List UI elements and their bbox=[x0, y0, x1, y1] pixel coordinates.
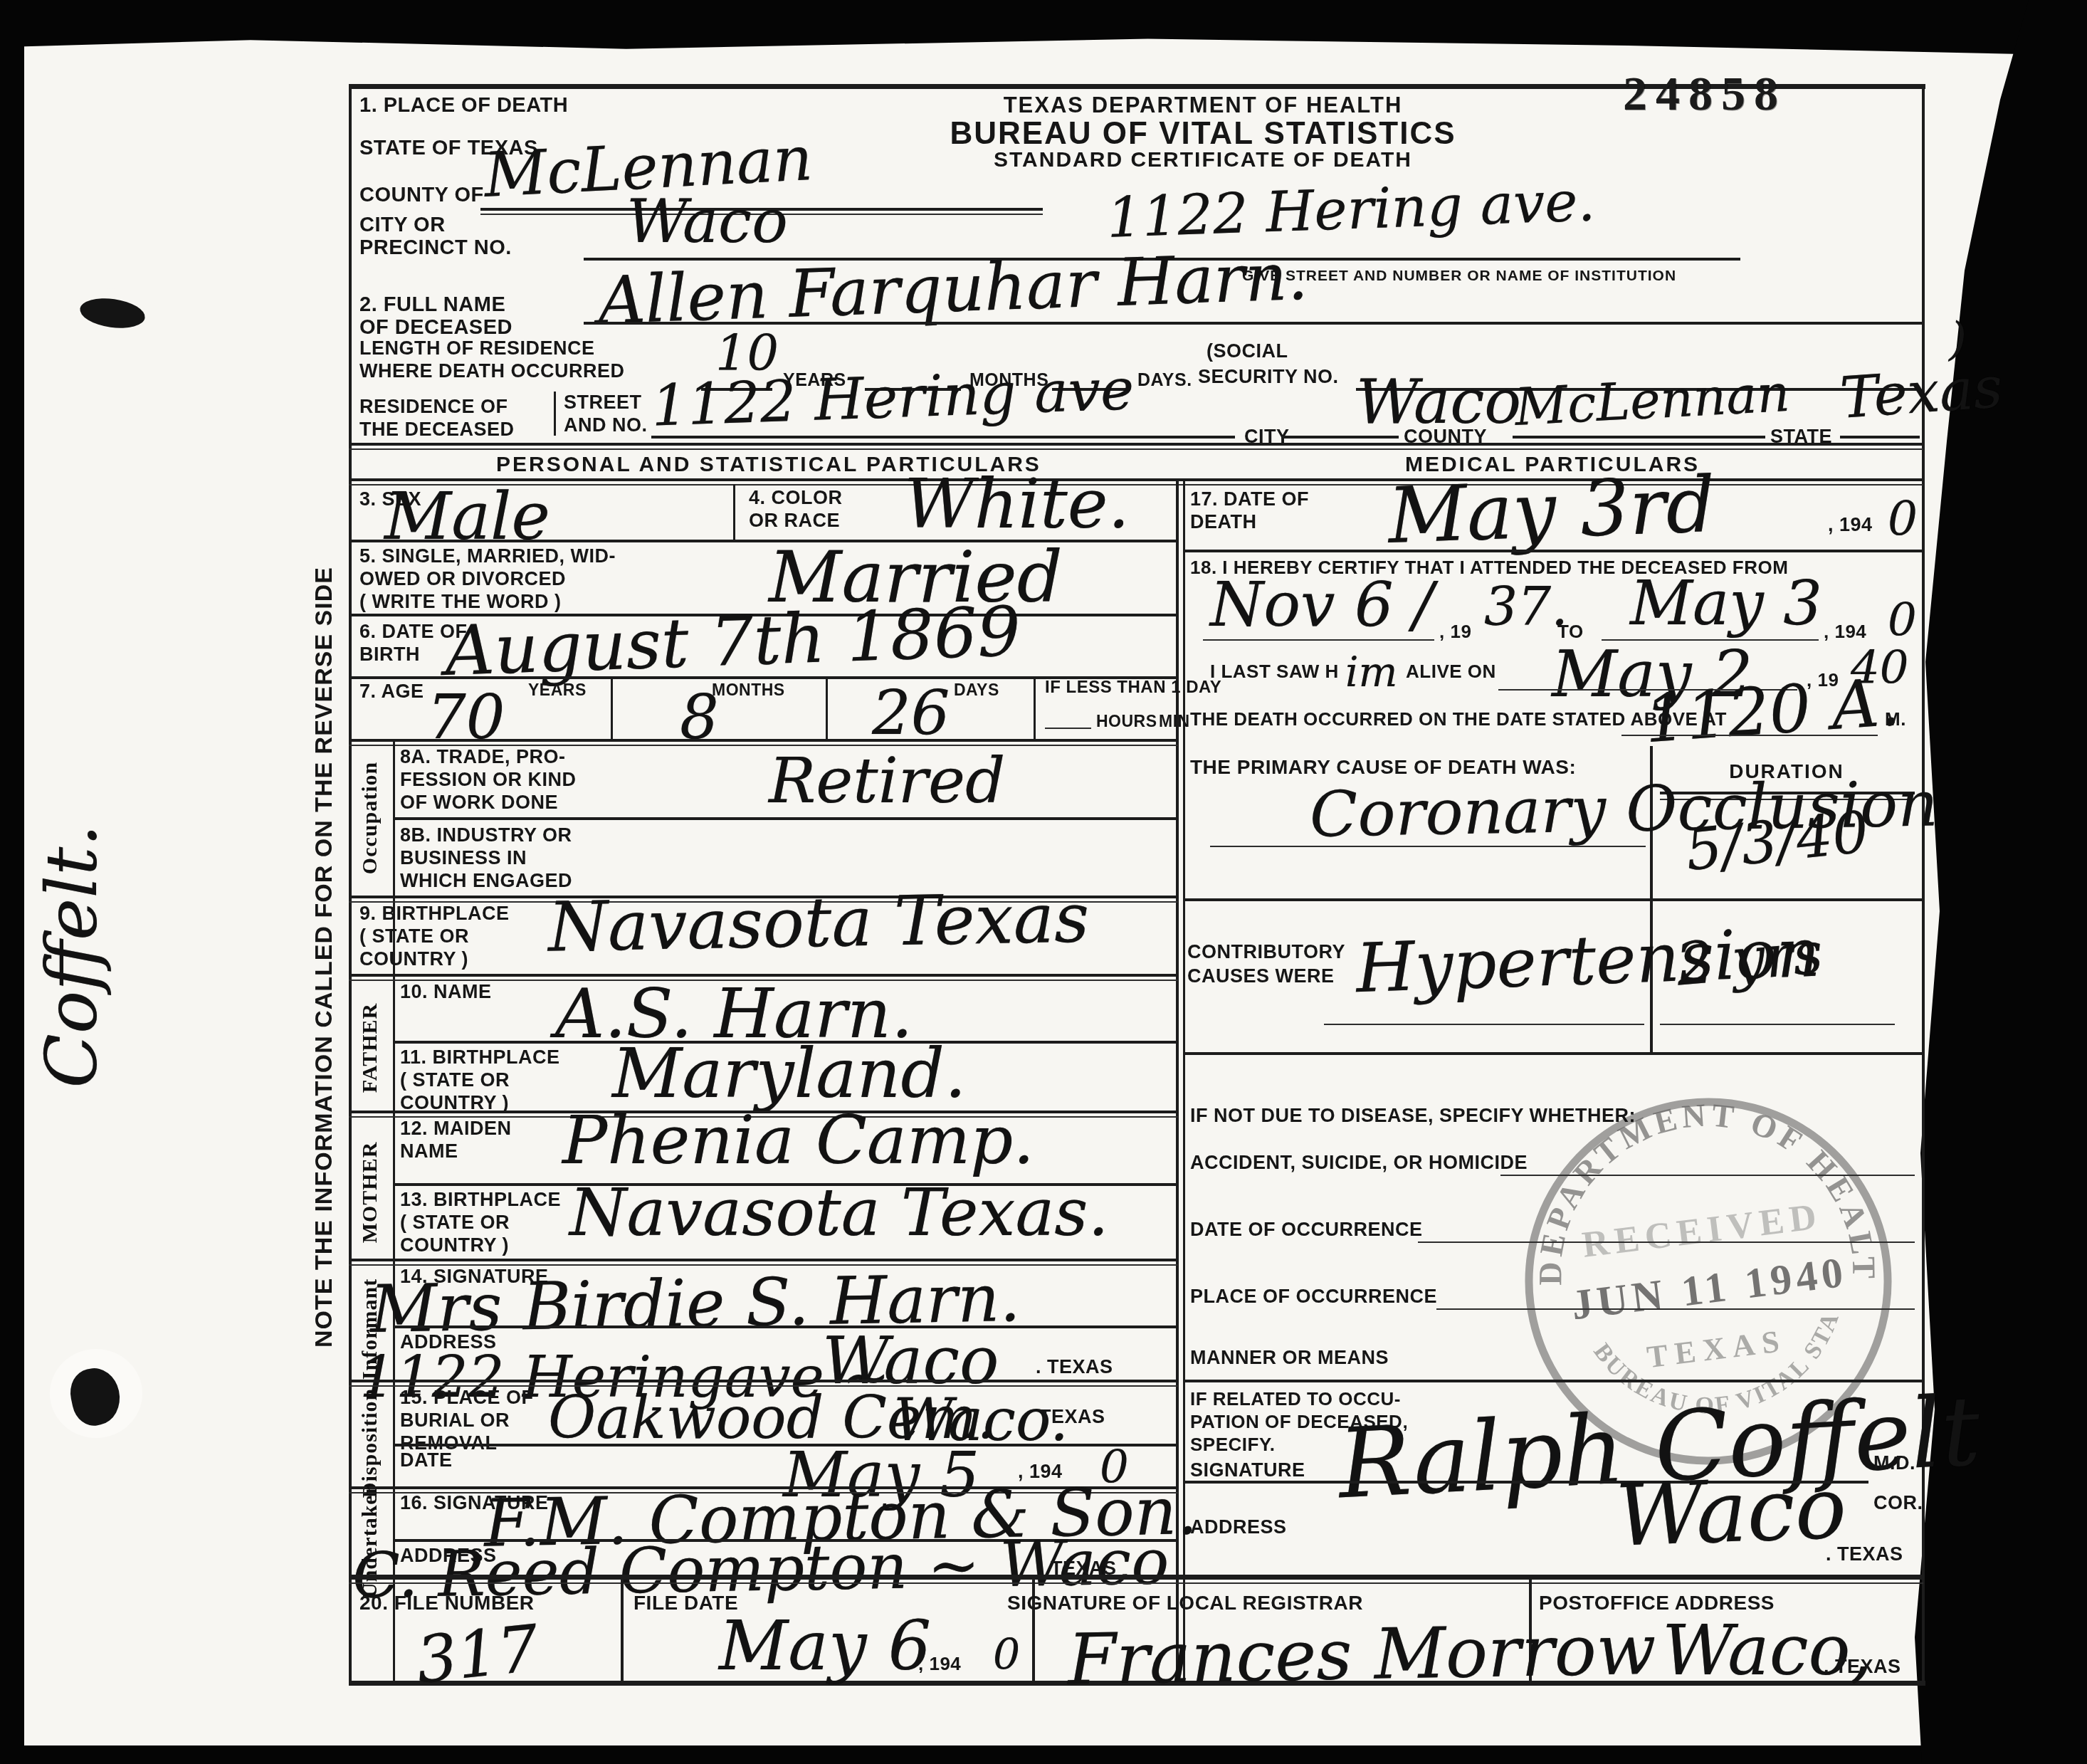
marital-label-1: 5. SINGLE, MARRIED, WID- bbox=[359, 545, 616, 567]
registrar-value: Frances Morrow bbox=[1067, 1610, 1657, 1701]
physician-sig-label: SIGNATURE bbox=[1190, 1459, 1305, 1481]
contributory-duration-value: 2 yrs bbox=[1673, 919, 1825, 999]
age-days-value: 26 bbox=[872, 678, 950, 749]
mother-bp-label-1: 13. BIRTHPLACE bbox=[400, 1189, 561, 1211]
side-label-father: FATHER bbox=[358, 970, 382, 1126]
place-of-death-label: 1. PLACE OF DEATH bbox=[359, 94, 568, 117]
certify-from-year-printed: , 19 bbox=[1439, 621, 1471, 643]
scan-edge-top bbox=[0, 0, 2087, 56]
burial-label-2: BURIAL OR bbox=[400, 1409, 510, 1432]
length-res-label-1: LENGTH OF RESIDENCE bbox=[359, 337, 595, 359]
manner-label: MANNER OR MEANS bbox=[1190, 1347, 1389, 1369]
age-months-label: MONTHS bbox=[712, 681, 785, 700]
mother-bp-value: Navasota Texas. bbox=[569, 1175, 1109, 1251]
maiden-value: Phenia Camp. bbox=[562, 1102, 1034, 1180]
contributory-label-1: CONTRIBUTORY bbox=[1187, 941, 1345, 963]
cor-label: COR. bbox=[1873, 1492, 1923, 1514]
stamp-state: TEXAS bbox=[1645, 1323, 1788, 1375]
if-less-label: IF LESS THAN 1 DAY bbox=[1045, 678, 1221, 698]
last-saw-post: ALIVE ON bbox=[1406, 661, 1496, 683]
informant-addr-state: . TEXAS bbox=[1036, 1356, 1113, 1378]
min-label: MIN bbox=[1159, 712, 1190, 731]
last-saw-pre: I LAST SAW H bbox=[1210, 661, 1339, 683]
burial-label-1: 15. PLACE OF bbox=[400, 1387, 534, 1409]
city-value: Waco bbox=[626, 187, 788, 256]
file-number-value: 317 bbox=[413, 1611, 542, 1698]
county-label: COUNTY OF bbox=[359, 184, 484, 207]
primary-cause-value: Coronary Occlusion bbox=[1309, 767, 1938, 851]
industry-label-3: WHICH ENGAGED bbox=[400, 870, 572, 892]
color-label-1: 4. COLOR bbox=[749, 487, 843, 509]
certify-to-value: May 3 bbox=[1630, 568, 1822, 639]
residence-state-value: Texas bbox=[1838, 354, 2004, 431]
file-date-year-hand: 0 bbox=[993, 1630, 1020, 1680]
certify-from-value: Nov 6 / bbox=[1210, 569, 1434, 641]
dob-label-2: BIRTH bbox=[359, 644, 420, 666]
scan-edge-right-torn bbox=[1915, 0, 2087, 1764]
age-days-label: DAYS bbox=[954, 681, 999, 700]
city-label: CITY OR bbox=[359, 214, 446, 237]
related-label-3: SPECIFY. bbox=[1190, 1434, 1276, 1456]
registrar-label: SIGNATURE OF LOCAL REGISTRAR bbox=[1007, 1592, 1363, 1615]
days-label: DAYS. bbox=[1137, 370, 1192, 391]
residence-label-2: THE DECEASED bbox=[359, 419, 515, 441]
dod-value: May 3rd bbox=[1387, 461, 1717, 561]
ssn-label-2: SECURITY NO. bbox=[1198, 366, 1339, 388]
standard-title: STANDARD CERTIFICATE OF DEATH bbox=[840, 148, 1566, 172]
burial-state: TEXAS bbox=[1039, 1406, 1105, 1428]
margin-signature: Coffelt. bbox=[30, 747, 113, 1088]
birthplace-label-2: ( STATE OR bbox=[359, 925, 469, 947]
dod-year-hand: 0 bbox=[1888, 491, 1918, 546]
disposition-date-label: DATE bbox=[400, 1449, 453, 1471]
date-occurrence-label: DATE OF OCCURRENCE bbox=[1190, 1219, 1423, 1241]
age-label: 7. AGE bbox=[359, 681, 424, 703]
file-number-label: 20. FILE NUMBER bbox=[359, 1592, 535, 1615]
not-due-label: IF NOT DUE TO DISEASE, SPECIFY WHETHER: bbox=[1190, 1105, 1636, 1127]
dod-label-1: 17. DATE OF bbox=[1190, 488, 1309, 510]
accident-label: ACCIDENT, SUICIDE, OR HOMICIDE bbox=[1190, 1152, 1528, 1174]
father-bp-label-2: ( STATE OR bbox=[400, 1069, 510, 1091]
maiden-label-1: 12. MAIDEN bbox=[400, 1118, 512, 1140]
length-res-label-2: WHERE DEATH OCCURRED bbox=[359, 360, 625, 382]
residence-county-value: McLennan bbox=[1513, 363, 1791, 437]
contributory-label-2: CAUSES WERE bbox=[1187, 965, 1335, 987]
bureau-title: BUREAU OF VITAL STATISTICS bbox=[840, 116, 1566, 152]
certify-to-year-printed: , 194 bbox=[1824, 621, 1866, 643]
trade-label-1: 8A. TRADE, PRO- bbox=[400, 746, 566, 768]
marital-label-2: OWED OR DIVORCED bbox=[359, 568, 566, 590]
certificate-number: 24858 bbox=[1623, 65, 1787, 122]
residence-label-1: RESIDENCE OF bbox=[359, 396, 508, 418]
mother-bp-label-3: COUNTRY ) bbox=[400, 1234, 509, 1256]
trade-label-2: FESSION OR KIND bbox=[400, 769, 577, 791]
hours-label: HOURS bbox=[1096, 712, 1157, 731]
street-no-label-1: STREET bbox=[564, 392, 642, 414]
last-saw-hand: im bbox=[1345, 648, 1398, 696]
maiden-label-2: NAME bbox=[400, 1140, 458, 1162]
color-label-2: OR RACE bbox=[749, 510, 840, 532]
physician-addr-value: Waco bbox=[1614, 1459, 1849, 1565]
trade-value: Retired bbox=[769, 744, 1005, 817]
street-value: 1122 Hering ave. bbox=[1106, 169, 1597, 251]
side-label-occupation: Occupation bbox=[358, 736, 382, 900]
precinct-label: PRECINCT NO. bbox=[359, 236, 512, 260]
age-months-value: 8 bbox=[680, 682, 719, 753]
dept-title: TEXAS DEPARTMENT OF HEALTH bbox=[840, 93, 1566, 118]
mother-bp-label-2: ( STATE OR bbox=[400, 1212, 510, 1234]
street-no-label-2: AND NO. bbox=[564, 414, 648, 436]
industry-label-2: BUSINESS IN bbox=[400, 847, 527, 869]
margin-note: NOTE THE INFORMATION CALLED FOR ON THE R… bbox=[310, 413, 338, 1502]
trade-label-3: OF WORK DONE bbox=[400, 792, 558, 814]
birthplace-label-3: COUNTRY ) bbox=[359, 948, 468, 970]
full-name-label-1: 2. FULL NAME bbox=[359, 293, 505, 317]
place-occurrence-label: PLACE OF OCCURRENCE bbox=[1190, 1286, 1437, 1308]
md-label: M.D. bbox=[1873, 1452, 1915, 1474]
color-value: White. bbox=[904, 464, 1130, 544]
age-years-label: YEARS bbox=[528, 681, 587, 700]
ssn-label-1: (SOCIAL bbox=[1207, 340, 1288, 362]
full-name-label-2: OF DECEASED bbox=[359, 316, 512, 340]
age-years-value: 70 bbox=[427, 682, 505, 753]
physician-addr-state: . TEXAS bbox=[1826, 1543, 1903, 1565]
certify-to-year-hand: 0 bbox=[1888, 594, 1917, 647]
dod-year-printed: , 194 bbox=[1828, 514, 1873, 536]
scan-edge-left bbox=[0, 0, 24, 1764]
birthplace-value: Navasota Texas bbox=[547, 878, 1090, 967]
sex-value: Male bbox=[384, 478, 550, 555]
industry-label-1: 8B. INDUSTRY OR bbox=[400, 824, 572, 846]
postoffice-state: . TEXAS bbox=[1824, 1656, 1901, 1678]
scanned-death-certificate: Coffelt. NOTE THE INFORMATION CALLED FOR… bbox=[0, 0, 2087, 1764]
occurred-m-label: M. bbox=[1885, 708, 1906, 730]
dod-label-2: DEATH bbox=[1190, 511, 1257, 533]
physician-addr-label: ADDRESS bbox=[1190, 1516, 1287, 1538]
file-date-value: May 6 bbox=[719, 1607, 931, 1686]
file-date-year-printed: , 194 bbox=[918, 1653, 961, 1675]
father-name-label: 10. NAME bbox=[400, 981, 492, 1003]
scan-edge-bottom bbox=[0, 1745, 2087, 1764]
postoffice-value: Waco, bbox=[1662, 1610, 1873, 1691]
birthplace-label-1: 9. BIRTHPLACE bbox=[359, 903, 510, 925]
certify-from-year-hand: 37. bbox=[1484, 577, 1568, 638]
father-bp-label-1: 11. BIRTHPLACE bbox=[400, 1046, 560, 1069]
